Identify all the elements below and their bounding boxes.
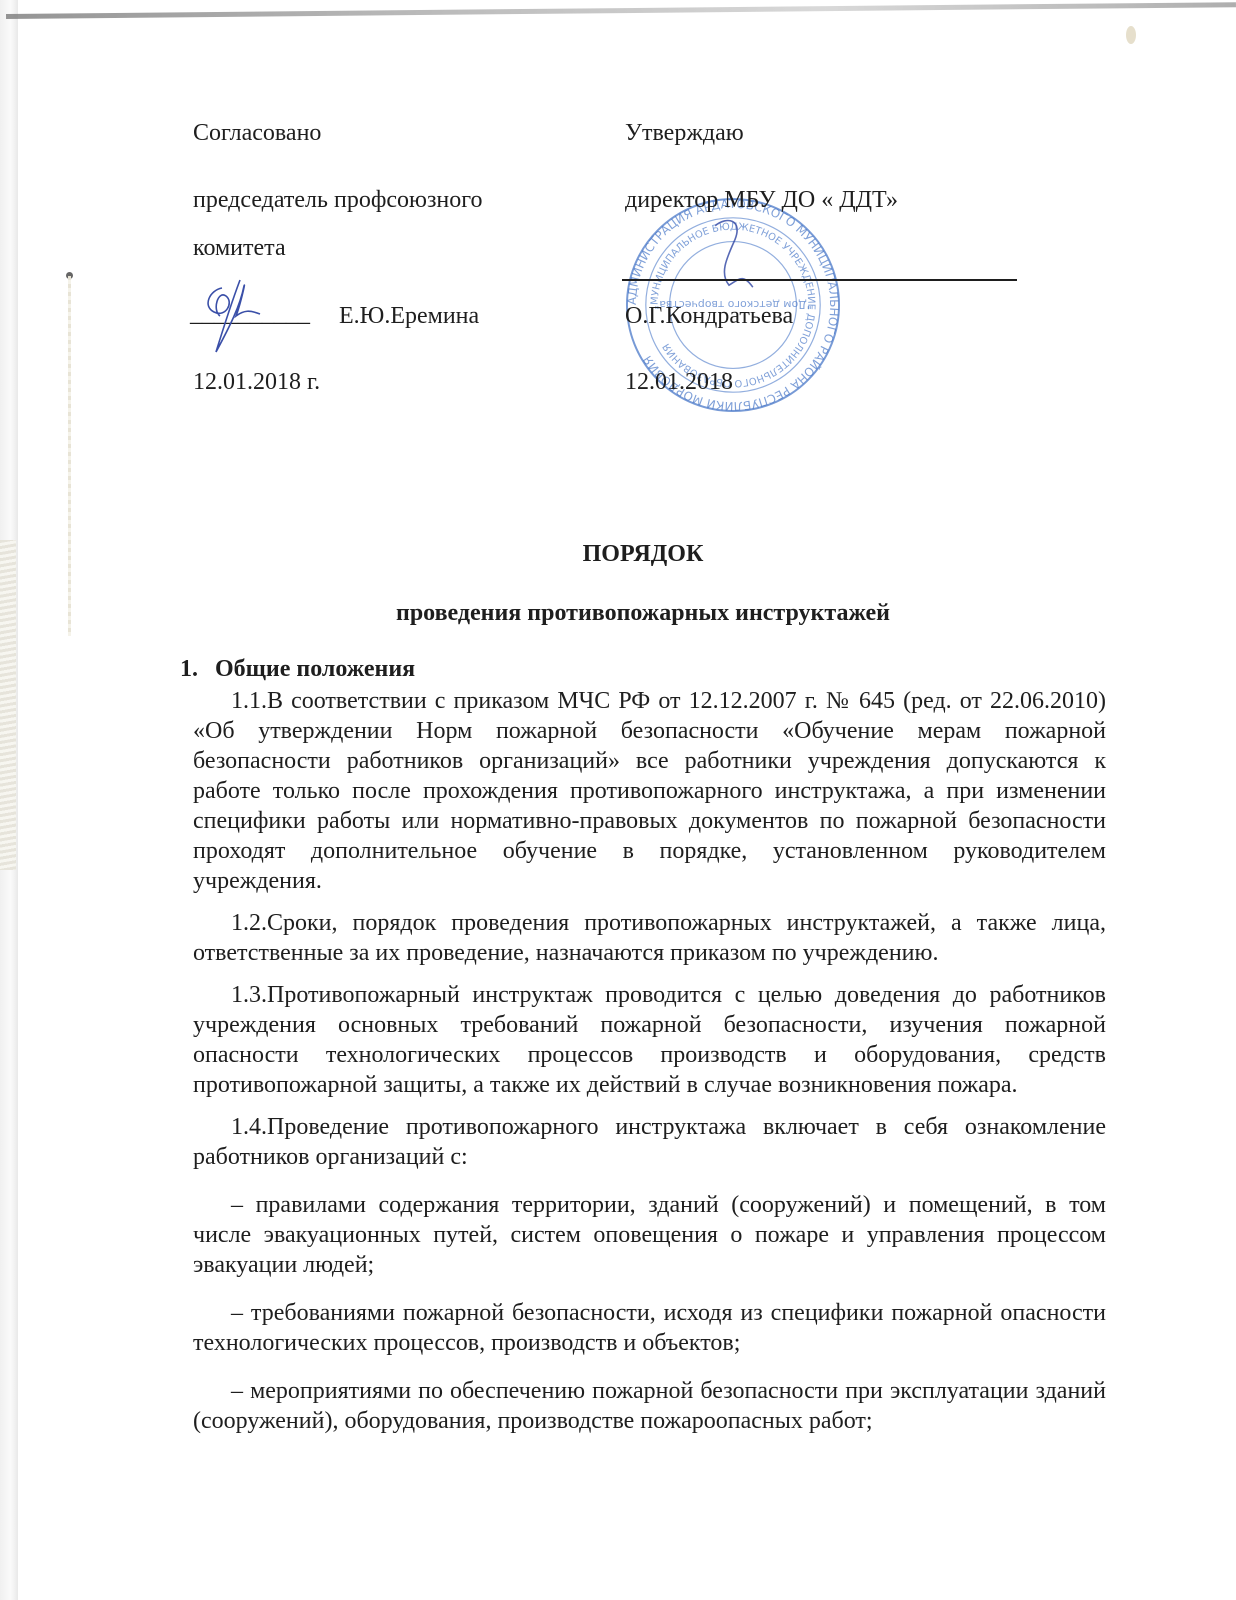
section-heading: 1.Общие положения (180, 654, 1106, 684)
approval-left-position: председатель профсоюзного (193, 188, 483, 212)
list-item: – требованиями пожарной безопасности, ис… (193, 1298, 1106, 1358)
binding-thread-bundle (0, 540, 16, 870)
approval-left-heading: Согласовано (193, 121, 321, 145)
approval-right-date: 12.01.2018 (625, 370, 733, 394)
list-item: – мероприятиями по обеспечению пожарной … (193, 1376, 1106, 1436)
approval-right-signature-line (622, 279, 1017, 281)
approval-right-position: директор МБУ ДО « ДДТ» (625, 188, 898, 212)
binding-thread (68, 276, 71, 636)
document-body: 1.Общие положения 1.1.В соответствии с п… (193, 654, 1106, 1448)
approval-right-heading: Утверждаю (625, 121, 744, 145)
paragraph-1-3: 1.3.Противопожарный инструктаж проводитс… (193, 980, 1106, 1100)
approval-left-position-cont: комитета (193, 236, 286, 260)
paragraph-1-2: 1.2.Сроки, порядок проведения противопож… (193, 908, 1106, 968)
document-title: ПОРЯДОК (0, 541, 1236, 568)
list-item: – правилами содержания территории, здани… (193, 1190, 1106, 1280)
paper-speck (1126, 26, 1136, 44)
page-top-edge (6, 2, 1236, 19)
paragraph-1-1: 1.1.В соответствии с приказом МЧС РФ от … (193, 686, 1106, 896)
document-subtitle: проведения противопожарных инструктажей (0, 600, 1236, 627)
paragraph-1-4: 1.4.Проведение противопожарного инструкт… (193, 1112, 1106, 1172)
signature-eremina-icon (200, 276, 290, 356)
approval-right-name: О.Г.Кондратьева (625, 304, 793, 328)
section-number: 1. (180, 654, 215, 684)
approval-left-date: 12.01.2018 г. (193, 370, 320, 394)
section-title: Общие положения (215, 656, 415, 682)
approval-left-name: Е.Ю.Еремина (339, 304, 479, 328)
